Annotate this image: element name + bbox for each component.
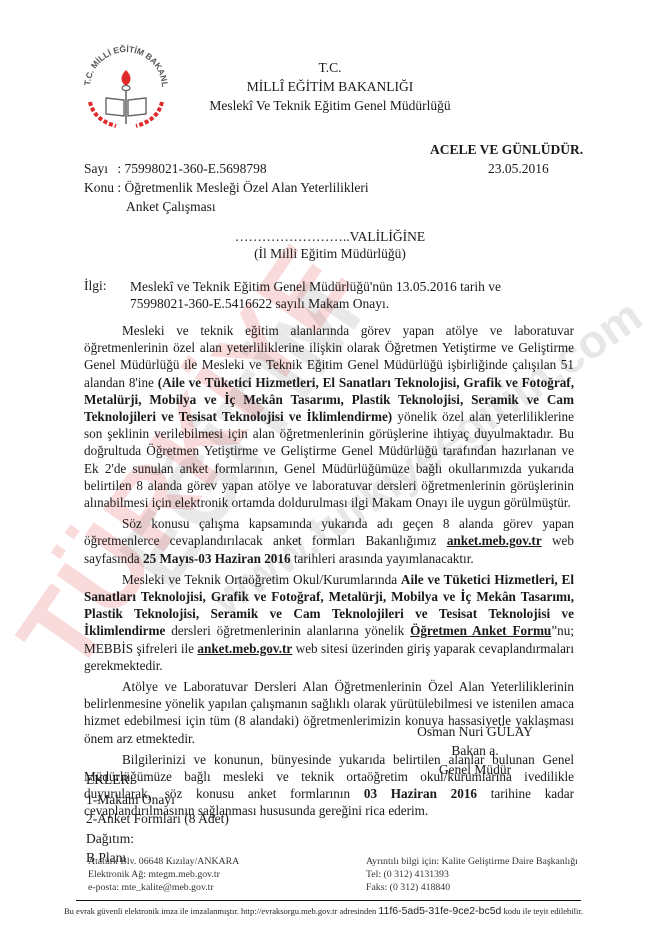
ilgi-line1: Meslekî ve Teknik Eğitim Genel Müdürlüğü… (130, 278, 501, 295)
ilgi-label: İlgi: (84, 278, 107, 294)
anket-link[interactable]: anket.meb.gov.tr (447, 533, 542, 548)
ilgi-text: Meslekî ve Teknik Eğitim Genel Müdürlüğü… (130, 278, 501, 312)
document-date: 23.05.2016 (488, 161, 549, 177)
footer-address: Atatürk Blv. 06648 Kızılay/ANKARA Elektr… (88, 855, 239, 894)
sayi-row: Sayı : 75998021-360-E.5698798 (84, 161, 267, 177)
signer-delegation: Bakan a. (400, 741, 550, 760)
verification-note: Bu evrak güvenli elektronik imza ile imz… (64, 905, 583, 917)
urgency-label: ACELE VE GÜNLÜDÜR. (430, 142, 583, 158)
attachment-item: 1-Makam Onayı (86, 790, 229, 810)
verification-code: 11f6-5ad5-31fe-9ce2-bc5d (378, 905, 501, 917)
attachments-title: EKLER: (86, 770, 229, 790)
footer-divider (76, 900, 581, 901)
paragraph-1: Mesleki ve teknik eğitim alanlarında gör… (84, 322, 574, 511)
ilgi-line2: 75998021-360-E.5416622 sayılı Makam Onay… (130, 295, 501, 312)
anket-link[interactable]: anket.meb.gov.tr (197, 641, 292, 656)
attachments: EKLER: 1-Makam Onayı 2-Anket Formları (8… (86, 770, 229, 868)
konu-value: : Öğretmenlik Mesleği Özel Alan Yeterlil… (117, 180, 368, 195)
letterhead: T.C. MİLLÎ EĞİTİM BAKANLIĞI Meslekî Ve T… (0, 58, 660, 115)
konu-row: Konu : Öğretmenlik Mesleği Özel Alan Yet… (84, 180, 369, 196)
signer-title: Genel Müdür (400, 760, 550, 779)
konu-label: Konu (84, 180, 114, 195)
header-ministry: MİLLÎ EĞİTİM BAKANLIĞI (0, 77, 660, 96)
header-tc: T.C. (0, 58, 660, 77)
sayi-label: Sayı (84, 161, 108, 176)
footer-web: Elektronik Ağ: mtegm.meb.gov.tr (88, 868, 239, 881)
footer-fax: Faks: (0 312) 418840 (366, 881, 578, 894)
konu-value-line2: Anket Çalışması (126, 199, 216, 215)
signer-name: Osman Nuri GÜLAY (400, 722, 550, 741)
footer-phone: Tel: (0 312) 4131393 (366, 868, 578, 881)
footer-contact-dept: Ayrıntılı bilgi için: Kalite Geliştirme … (366, 855, 578, 868)
distribution-label: Dağıtım: (86, 829, 229, 849)
recipient-sub: (İl Milli Eğitim Müdürlüğü) (0, 246, 660, 262)
footer-contact: Ayrıntılı bilgi için: Kalite Geliştirme … (366, 855, 578, 894)
survey-form-name: Öğretmen Anket Formu (410, 623, 551, 638)
signature-block: Osman Nuri GÜLAY Bakan a. Genel Müdür (400, 722, 550, 779)
paragraph-3: Mesleki ve Teknik Ortaöğretim Okul/Kurum… (84, 571, 574, 674)
footer-address-line: Atatürk Blv. 06648 Kızılay/ANKARA (88, 855, 239, 868)
paragraph-2: Söz konusu çalışma kapsamında yukarıda a… (84, 515, 574, 567)
header-directorate: Meslekî Ve Teknik Eğitim Genel Müdürlüğü (0, 96, 660, 115)
sayi-value: : 75998021-360-E.5698798 (117, 161, 266, 176)
attachment-item: 2-Anket Formları (8 Adet) (86, 809, 229, 829)
recipient: ……………………..VALİLİĞİNE (0, 229, 660, 245)
footer-email: e-posta: mte_kalite@meb.gov.tr (88, 881, 239, 894)
